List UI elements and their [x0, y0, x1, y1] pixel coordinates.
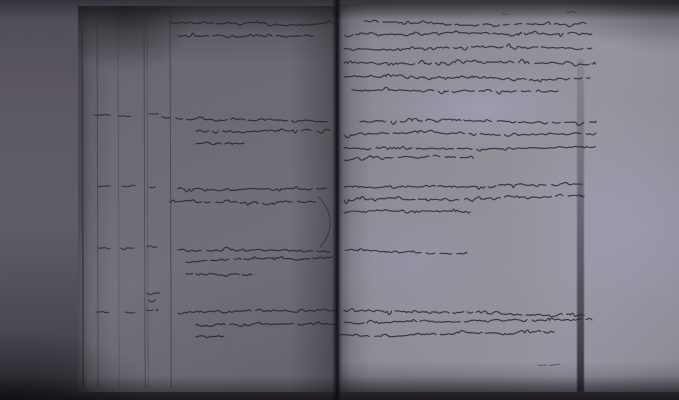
- handwriting-stroke: [178, 247, 330, 252]
- handwriting-stroke: [196, 129, 330, 133]
- margin-figure-stroke: [147, 293, 160, 295]
- handwriting-stroke: [344, 59, 595, 65]
- handwriting-stroke: [162, 117, 327, 122]
- margin-figure-stroke: [98, 186, 110, 187]
- margin-figure-stroke: [96, 312, 108, 313]
- handwriting-stroke: [170, 200, 316, 205]
- ruled-column-line: [118, 8, 119, 388]
- right-page-content: [337, 4, 679, 392]
- binding-gutter: [332, 0, 342, 400]
- handwriting-stroke: [344, 146, 595, 151]
- margin-figure-stroke: [98, 248, 110, 249]
- handwriting-stroke: [186, 273, 252, 276]
- ruled-column-line: [170, 8, 171, 388]
- handwriting-stroke: [344, 209, 470, 213]
- ruled-column-line: [144, 8, 145, 388]
- margin-figure-stroke: [125, 312, 135, 313]
- left-page-content: [78, 6, 337, 392]
- handwriting-stroke: [344, 44, 592, 51]
- handwriting-stroke: [352, 87, 558, 94]
- margin-figure-stroke: [94, 114, 110, 115]
- page-fold-shadow: [577, 59, 584, 392]
- ruled-column-line: [147, 8, 148, 388]
- handwriting-stroke: [196, 142, 244, 145]
- ruled-column-line: [82, 8, 83, 388]
- margin-figure-stroke: [147, 246, 157, 248]
- handwriting-stroke: [345, 31, 592, 37]
- handwriting-stroke: [344, 194, 584, 203]
- photo-of-archival-register: [0, 0, 679, 400]
- handwriting-stroke: [344, 309, 584, 317]
- handwriting-stroke: [340, 330, 554, 337]
- handwriting-stroke: [170, 21, 332, 26]
- handwriting-stroke: [196, 336, 224, 338]
- handwriting-stroke: [178, 187, 326, 192]
- handwriting-stroke: [344, 130, 596, 137]
- faint-notation-stroke: [502, 14, 509, 15]
- handwriting-stroke: [196, 322, 337, 326]
- ruled-column-line: [97, 8, 98, 388]
- left-page: [78, 6, 337, 392]
- margin-figure-stroke: [122, 185, 135, 187]
- margin-figure-stroke: [121, 248, 134, 250]
- handwriting-stroke: [364, 20, 586, 26]
- handwriting-stroke: [178, 309, 335, 314]
- right-page: [337, 4, 679, 392]
- margin-figure-stroke: [118, 116, 131, 117]
- handwriting-stroke: [186, 257, 332, 263]
- handwriting-stroke: [360, 118, 596, 125]
- handwriting-stroke: [178, 33, 313, 38]
- margin-figure-stroke: [149, 300, 156, 302]
- handwriting-stroke: [344, 183, 582, 190]
- handwriting-stroke: [344, 155, 473, 160]
- handwriting-stroke: [344, 318, 592, 324]
- margin-figure-stroke: [146, 309, 158, 311]
- margin-figure-stroke: [149, 186, 155, 188]
- ink-bracket: [318, 197, 330, 247]
- faint-notation-stroke: [567, 12, 576, 13]
- handwriting-stroke: [345, 249, 467, 254]
- margin-figure-stroke: [147, 9, 159, 10]
- handwriting-stroke: [344, 74, 590, 82]
- faint-notation-stroke: [538, 364, 560, 366]
